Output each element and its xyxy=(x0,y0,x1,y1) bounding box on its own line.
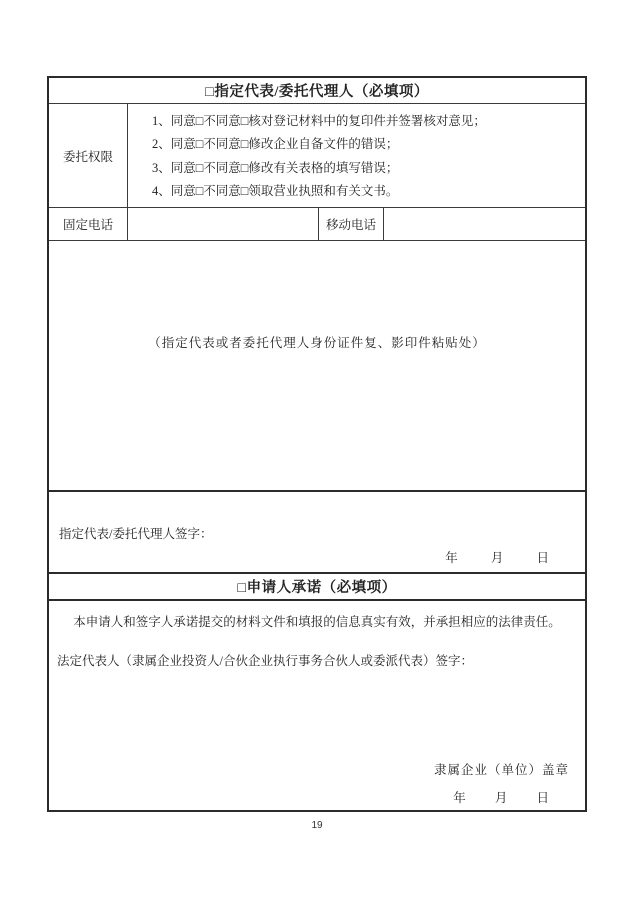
seal-label: 隶属企业（单位）盖章 xyxy=(434,760,585,778)
authority-item-2: 2、同意□不同意□修改企业自备文件的错误； xyxy=(152,137,579,152)
paste-note: （指定代表或者委托代理人身份证件复、影印件粘贴处） xyxy=(148,333,486,351)
section1-title: □指定代表/委托代理人（必填项） xyxy=(205,80,429,101)
authority-label: 委托权限 xyxy=(63,147,113,165)
authority-item-3: 3、同意□不同意□修改有关表格的填写错误； xyxy=(152,161,579,176)
mobile-phone-label-cell: 移动电话 xyxy=(319,208,384,240)
seal-block: 隶属企业（单位）盖章 年 月 日 xyxy=(434,760,585,806)
authority-label-cell: 委托权限 xyxy=(49,104,128,207)
page-number: 19 xyxy=(0,820,634,831)
authority-row: 委托权限 1、同意□不同意□核对登记材料中的复印件并签署核对意见； 2、同意□不… xyxy=(49,104,585,208)
month-label: 月 xyxy=(491,551,504,565)
fixed-phone-label: 固定电话 xyxy=(63,215,113,233)
agent-signature-row: 指定代表/委托代理人签字： 年 月 日 xyxy=(49,492,585,574)
section1-header-row: □指定代表/委托代理人（必填项） xyxy=(49,78,585,104)
applicant-date-line: 年 月 日 xyxy=(434,788,585,806)
agent-date-line: 年 月 日 xyxy=(49,548,585,566)
mobile-phone-label: 移动电话 xyxy=(326,215,376,233)
month-label: 月 xyxy=(495,791,508,805)
day-label: 日 xyxy=(536,551,549,565)
year-label: 年 xyxy=(445,551,458,565)
agent-signature-label: 指定代表/委托代理人签字： xyxy=(49,492,585,542)
legal-rep-signature-label: 法定代表人（隶属企业投资人/合伙企业执行事务合伙人或委派代表）签字： xyxy=(57,651,577,669)
form-table: □指定代表/委托代理人（必填项） 委托权限 1、同意□不同意□核对登记材料中的复… xyxy=(47,76,587,812)
section2-header-row: □申请人承诺（必填项） xyxy=(49,574,585,601)
year-label: 年 xyxy=(453,791,466,805)
commitment-text: 本申请人和签字人承诺提交的材料文件和填报的信息真实有效，并承担相应的法律责任。 xyxy=(57,613,577,631)
authority-item-4: 4、同意□不同意□领取营业执照和有关文书。 xyxy=(152,184,579,199)
authority-item-1: 1、同意□不同意□核对登记材料中的复印件并签署核对意见； xyxy=(152,114,579,129)
section2-title: □申请人承诺（必填项） xyxy=(237,576,396,597)
fixed-phone-label-cell: 固定电话 xyxy=(49,208,128,240)
phone-row: 固定电话 移动电话 xyxy=(49,208,585,241)
id-paste-area: （指定代表或者委托代理人身份证件复、影印件粘贴处） xyxy=(49,241,585,492)
commitment-row: 本申请人和签字人承诺提交的材料文件和填报的信息真实有效，并承担相应的法律责任。 … xyxy=(49,601,585,810)
authority-items-cell: 1、同意□不同意□核对登记材料中的复印件并签署核对意见； 2、同意□不同意□修改… xyxy=(128,104,585,207)
fixed-phone-value-cell xyxy=(128,208,319,240)
mobile-phone-value-cell xyxy=(384,208,585,240)
day-label: 日 xyxy=(536,791,549,805)
document-page: □指定代表/委托代理人（必填项） 委托权限 1、同意□不同意□核对登记材料中的复… xyxy=(0,0,634,898)
